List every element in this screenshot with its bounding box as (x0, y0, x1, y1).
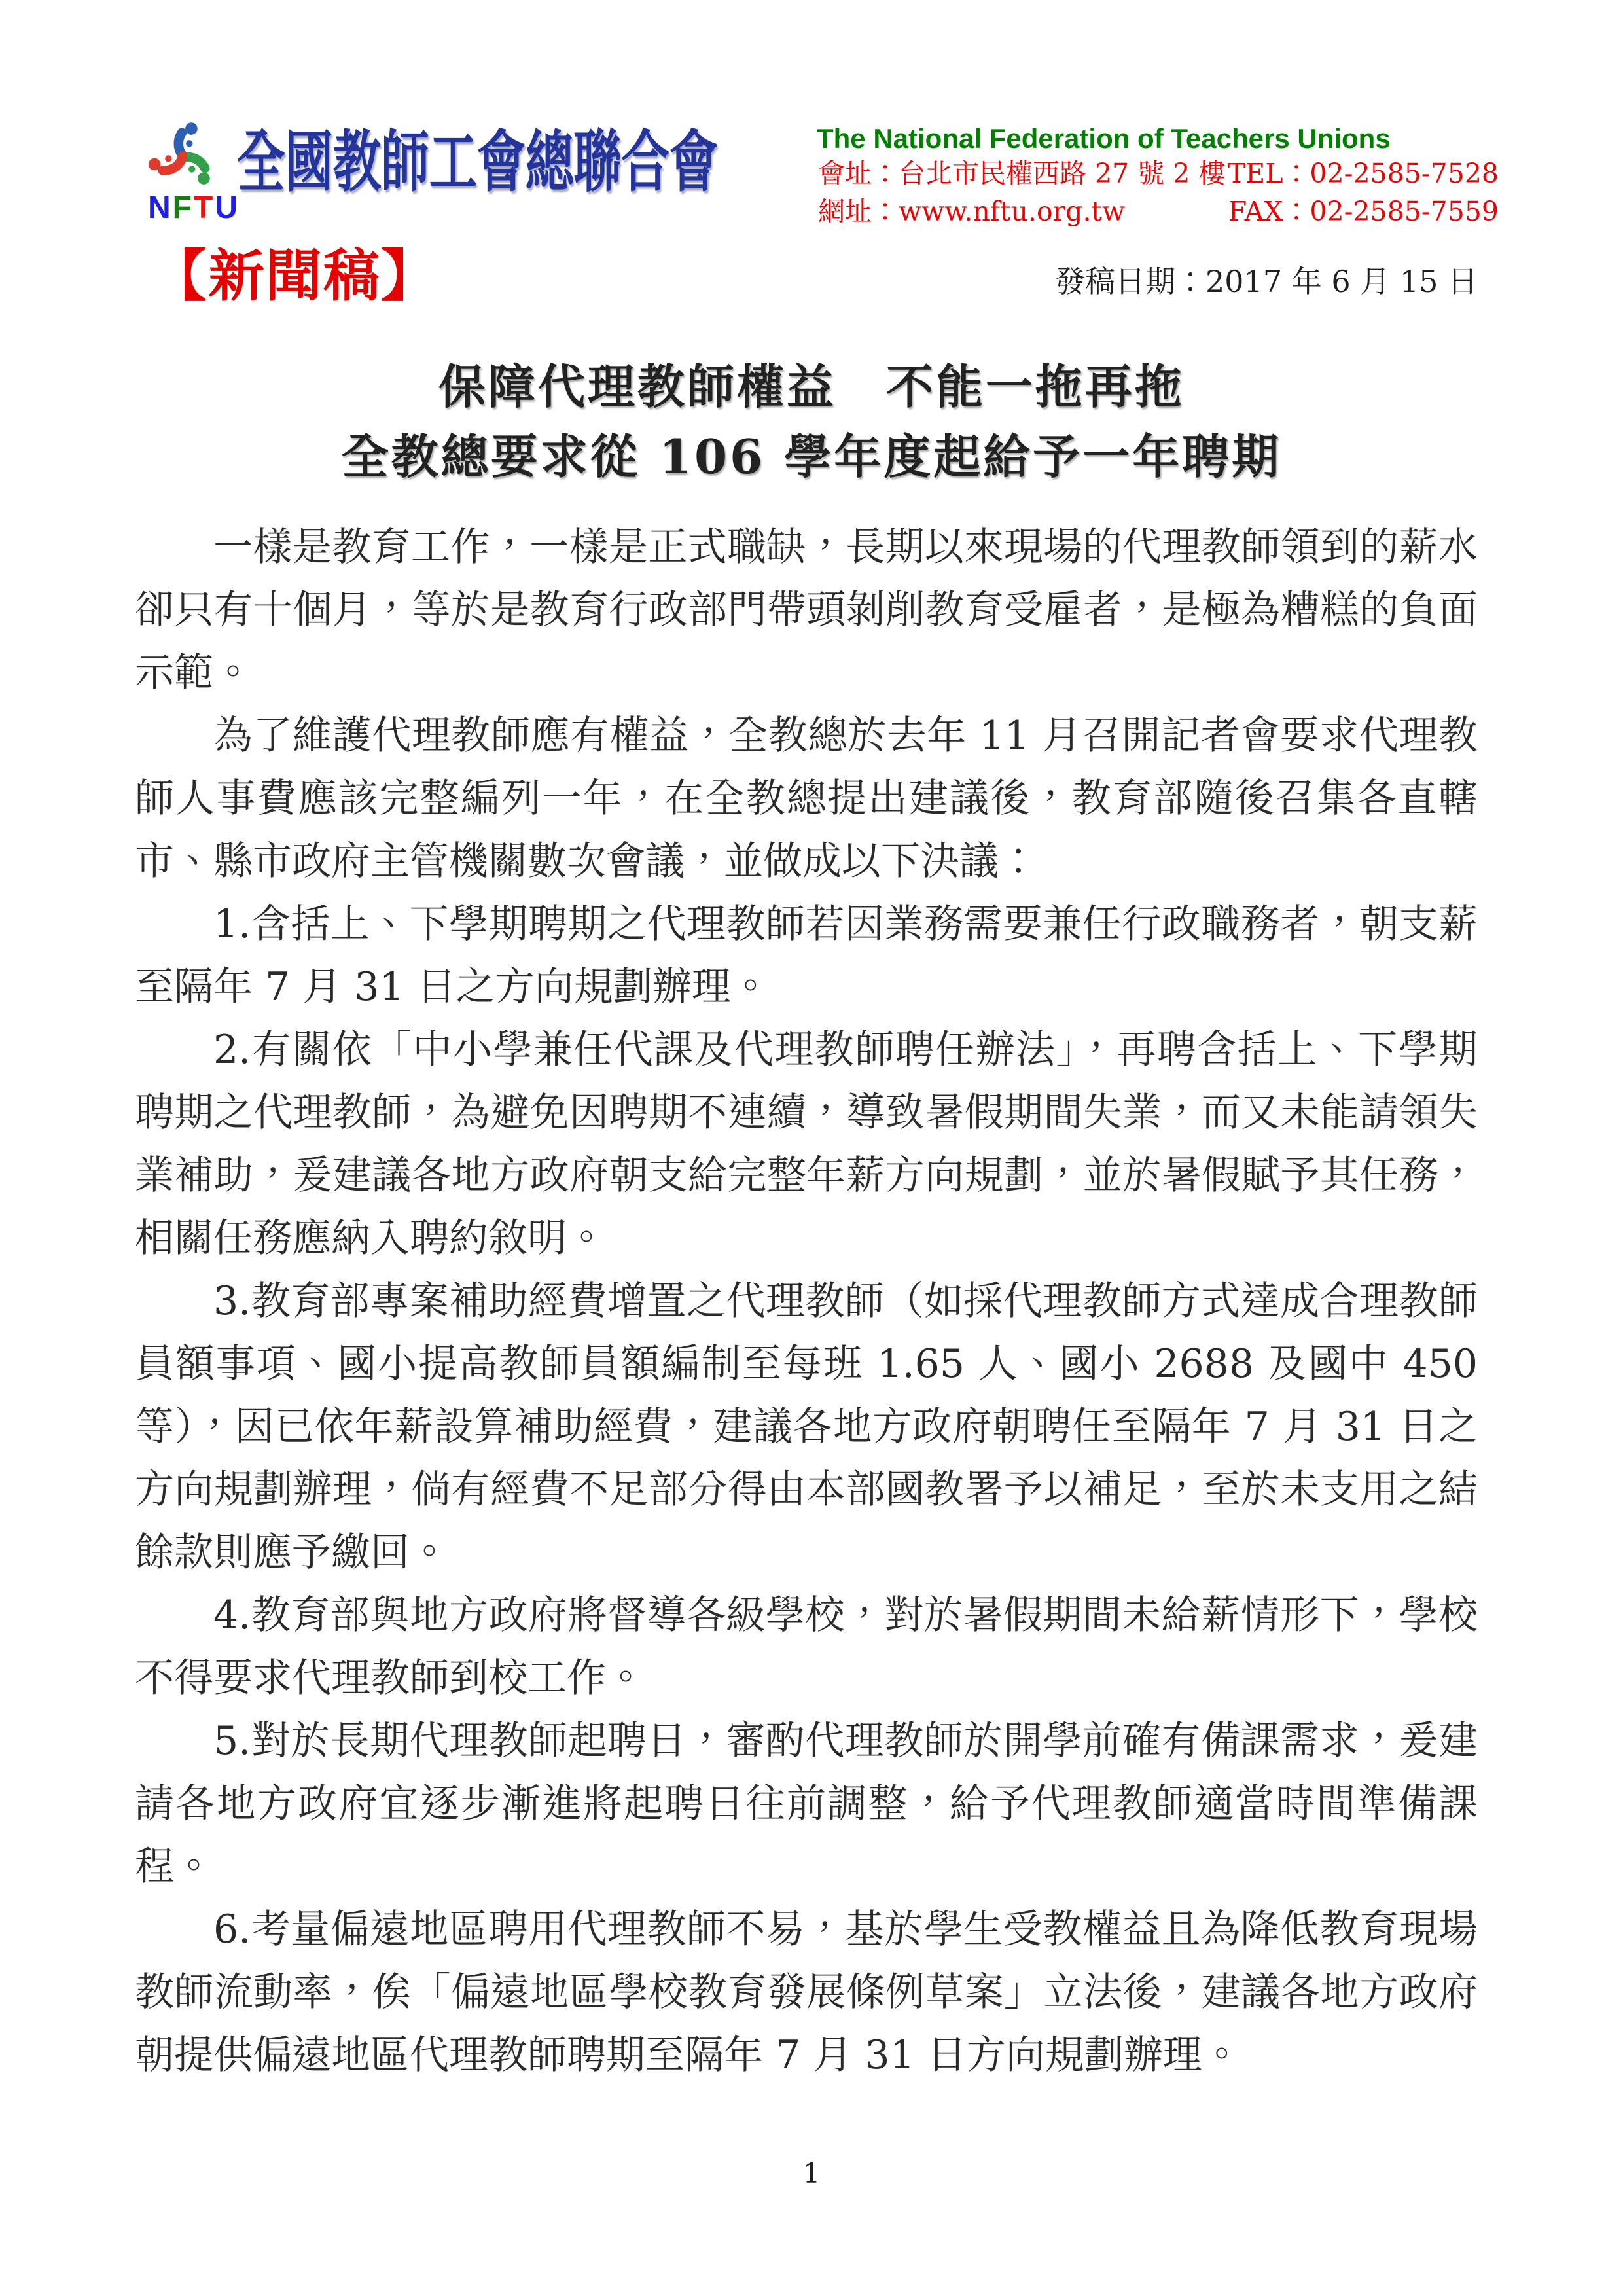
body-paragraph-background: 為了維護代理教師應有權益，全教總於去年 11 月召開記者會要求代理教師人事費應該… (135, 704, 1478, 893)
org-name-zh: 全國教師工會總聯合會 (237, 126, 717, 199)
nftu-logo-icon (147, 118, 220, 196)
body-text: 一樣是教育工作，一樣是正式職缺，長期以來現場的代理教師領到的薪水卻只有十個月，等… (135, 516, 1478, 2087)
page-title-line1: 保障代理教師權益 不能一拖再拖 (0, 357, 1623, 417)
org-website: 網址：www.nftu.org.tw (818, 195, 1125, 228)
nftu-letter-n: N (148, 190, 173, 225)
nftu-letter-t: T (194, 190, 215, 225)
body-paragraph-item2: 2.有關依「中小學兼任代課及代理教師聘任辦法」，再聘含括上、下學期聘期之代理教師… (135, 1018, 1478, 1270)
contact-row-1: 會址：台北市民權西路 27 號 2 樓 TEL：02-2585-7528 (818, 157, 1499, 190)
nftu-acronym: NFTU (148, 191, 240, 225)
body-paragraph-item6: 6.考量偏遠地區聘用代理教師不易，基於學生受教權益且為降低教育現場教師流動率，俟… (135, 1898, 1478, 2087)
body-paragraph-intro: 一樣是教育工作，一樣是正式職缺，長期以來現場的代理教師領到的薪水卻只有十個月，等… (135, 516, 1478, 704)
document-page: NFTU 全國教師工會總聯合會 The National Federation … (0, 0, 1623, 2296)
body-paragraph-item5: 5.對於長期代理教師起聘日，審酌代理教師於開學前確有備課需求，爰建請各地方政府宜… (135, 1710, 1478, 1898)
release-date: 發稿日期：2017 年 6 月 15 日 (135, 262, 1478, 301)
org-tel: TEL：02-2585-7528 (1228, 157, 1499, 190)
body-paragraph-item1: 1.含括上、下學期聘期之代理教師若因業務需要兼任行政職務者，朝支薪至隔年 7 月… (135, 893, 1478, 1018)
page-number: 1 (0, 2157, 1623, 2190)
body-paragraph-item4: 4.教育部與地方政府將督導各級學校，對於暑假期間未給薪情形下，學校不得要求代理教… (135, 1584, 1478, 1710)
org-address: 會址：台北市民權西路 27 號 2 樓 (818, 157, 1225, 190)
nftu-letter-u: U (215, 190, 240, 225)
org-fax: FAX：02-2585-7559 (1228, 195, 1499, 228)
contact-row-2: 網址：www.nftu.org.tw FAX：02-2585-7559 (818, 195, 1499, 228)
org-name-en: The National Federation of Teachers Unio… (817, 123, 1391, 154)
nftu-letter-f: F (173, 190, 194, 225)
body-paragraph-item3: 3.教育部專案補助經費增置之代理教師（如採代理教師方式達成合理教師員額事項、國小… (135, 1270, 1478, 1584)
page-title-line2: 全教總要求從 106 學年度起給予一年聘期 (0, 427, 1623, 487)
